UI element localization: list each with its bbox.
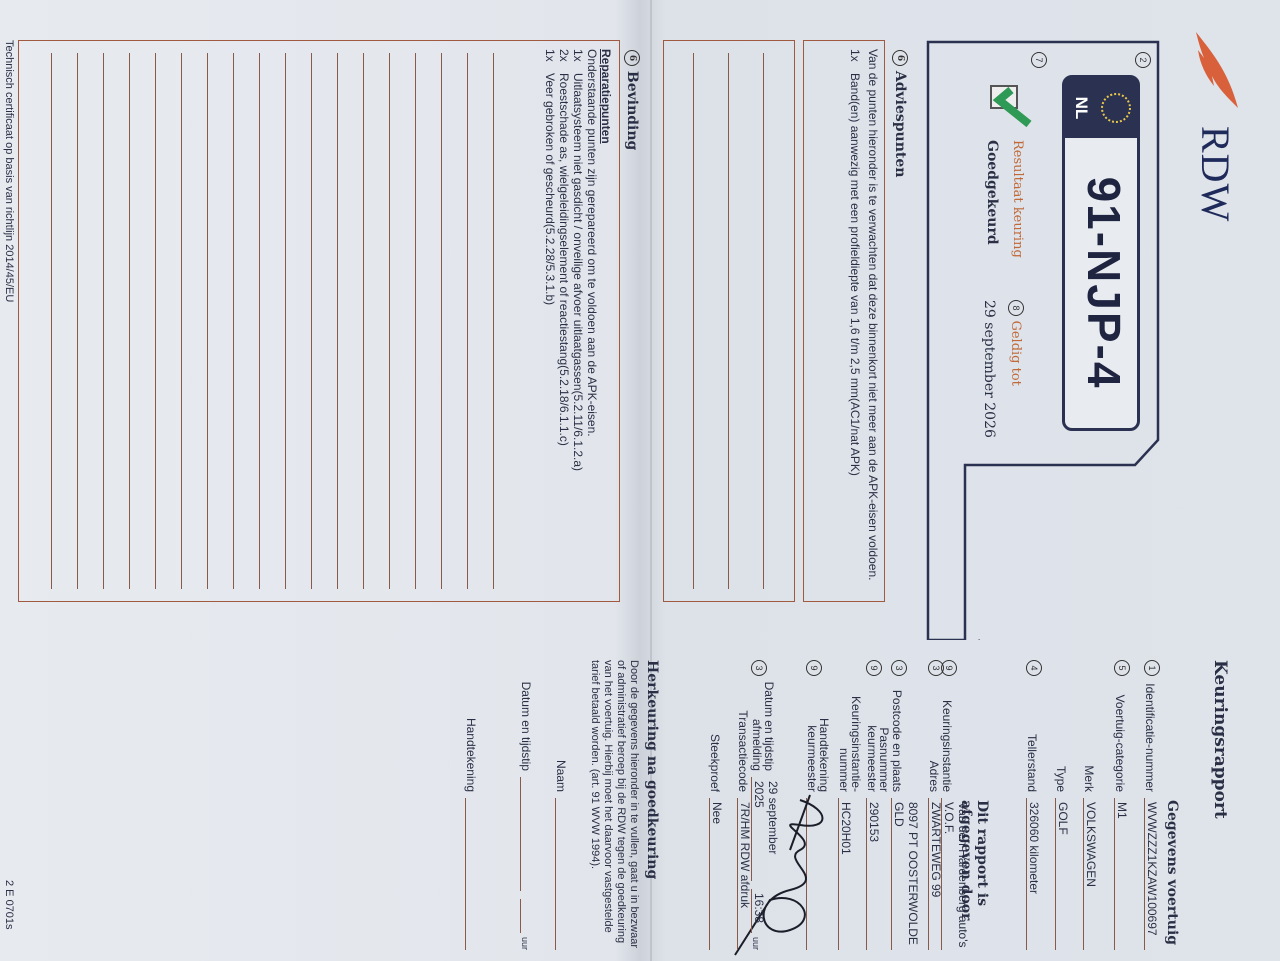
ruled-line	[259, 53, 260, 589]
advice-item: 1x Band(en) aanwezig met een profieldiep…	[848, 41, 862, 601]
feather-icon	[1192, 30, 1240, 110]
ruled-line	[415, 53, 416, 589]
plate-field-no: 2	[1134, 52, 1152, 68]
advice-intro: Van de punten hieronder is te verwachten…	[862, 41, 884, 601]
ruled-line	[207, 53, 208, 589]
inspector-pass-row: 9Pasnummer keurmeester290153	[866, 660, 890, 950]
advice-notes-box	[663, 40, 795, 602]
repairs-intro: Onderstaande punten zijn gerepareerd om …	[585, 49, 599, 593]
ruled-line	[728, 53, 729, 589]
valid-until-value: 29 september 2026	[981, 300, 997, 438]
vehicle-heading: Gegevens voertuig	[1164, 800, 1180, 945]
vehicle-vin-row: 1Identificatie-nummerWVWZZZ1KZAW100697	[1144, 660, 1160, 950]
rdw-wordmark: RDW	[1193, 126, 1240, 222]
advice-box: Van de punten hieronder is te verwachten…	[803, 40, 885, 602]
rdw-logo: RDW	[1192, 30, 1240, 222]
ruled-line	[467, 53, 468, 589]
finding-heading: 6 Bevinding	[624, 50, 640, 150]
ruled-line	[493, 53, 494, 589]
repair-item: 1xVeer gebroken of gescheurd(5.2.28/5.3.…	[543, 49, 557, 593]
issuer-address-row: 3AdresZWARTEWEG 99	[928, 660, 944, 950]
form-code: 2 E 0701s	[3, 880, 15, 930]
inspection-report-sheet: RDW Keuringsrapport 2 NL 91-NJP-4 7 Resu…	[0, 0, 1280, 961]
advice-heading: 6 Adviespunten	[892, 50, 908, 177]
registration-date-row: 3 Datum en tijdstip afmelding 29 septemb…	[751, 660, 780, 950]
ruled-line	[337, 53, 338, 589]
legal-footer: Technisch certificaat op basis van richt…	[3, 40, 15, 302]
vehicle-make-row: MerkVOLKSWAGEN	[1083, 660, 1098, 950]
repair-item: 1xUitlaatsysteem niet gasdicht / onveili…	[571, 49, 585, 593]
ruled-line	[363, 53, 364, 589]
reinspection-datetime-row[interactable]: Datum en tijdstipuur	[520, 660, 535, 950]
issuer-postcode-row: 3Postcode en plaats8097 PT OOSTERWOLDE G…	[891, 660, 920, 950]
ruled-line	[441, 53, 442, 589]
valid-until-block: 8 Geldig tot 29 september 2026	[981, 300, 1025, 438]
reinspection-name-row[interactable]: Naam	[555, 660, 570, 950]
finding-box: Reparatiepunten Onderstaande punten zijn…	[18, 40, 620, 602]
approved-check-icon	[987, 80, 1035, 128]
eu-band: NL	[1065, 78, 1137, 138]
result-block: Resultaat keuring Goedgekeurd	[984, 140, 1025, 258]
reinspection-heading: Herkeuring na goedkeuring	[644, 660, 660, 879]
plate-country: NL	[1071, 97, 1091, 120]
ruled-line	[763, 53, 764, 589]
transaction-row: Transactiecode7R/HM RDW afdruk	[737, 660, 752, 950]
station-number-row: Keuringsinstantie-nummerHC20H01	[838, 660, 862, 950]
ruled-line	[181, 53, 182, 589]
plate-number: 91-NJP-4	[1065, 138, 1137, 428]
ruled-line	[77, 53, 78, 589]
ruled-line	[103, 53, 104, 589]
valid-until-label: Geldig tot	[1008, 320, 1023, 385]
result-field-no: 7	[1030, 52, 1048, 68]
eu-stars-icon	[1101, 93, 1131, 123]
ruled-line	[129, 53, 130, 589]
repairs-heading: Reparatiepunten	[599, 49, 613, 593]
vehicle-odometer-row: 4Tellerstand326060 kilometer	[1026, 660, 1042, 950]
ruled-line	[285, 53, 286, 589]
ruled-line	[693, 53, 694, 589]
ruled-line	[233, 53, 234, 589]
ruled-line	[311, 53, 312, 589]
repair-item: 2xRoestschade as, wielgeleidingselement …	[557, 49, 571, 593]
ruled-line	[155, 53, 156, 589]
vehicle-category-row: 5Voertuig-categorieM1	[1114, 660, 1130, 950]
issuer-station-row: 9KeuringsinstantieVan den Hardenberg aut…	[941, 660, 970, 950]
vehicle-type-row: TypeGOLF	[1055, 660, 1070, 950]
result-value: Goedgekeurd	[984, 140, 1000, 258]
sample-row: SteekproefNee	[709, 660, 724, 950]
page-title: Keuringsrapport	[1210, 660, 1230, 819]
reinspection-signature-row[interactable]: Handtekening	[465, 660, 480, 950]
ruled-line	[389, 53, 390, 589]
result-label: Resultaat keuring	[1010, 140, 1025, 258]
ruled-line	[51, 53, 52, 589]
license-plate: NL 91-NJP-4	[1062, 75, 1140, 431]
reinspection-text: Door de gegevens hieronder in te vullen,…	[588, 660, 640, 950]
